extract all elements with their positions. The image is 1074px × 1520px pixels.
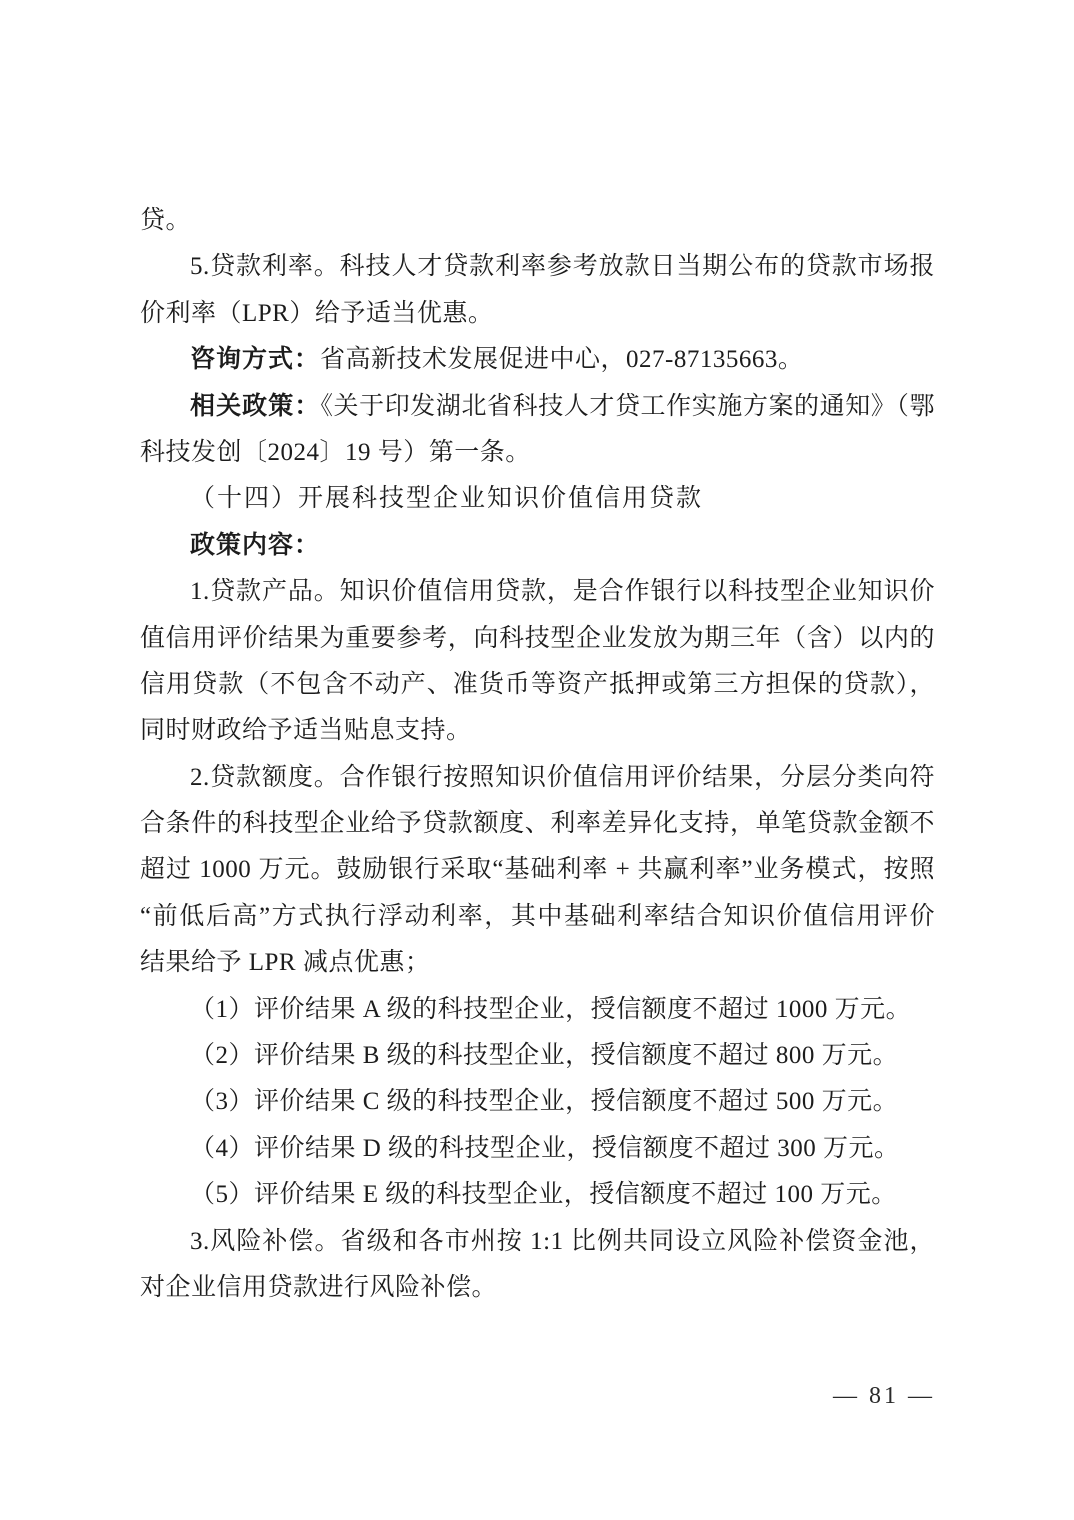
body-line-contact: 咨询方式：省高新技术发展促进中心，027-87135663。 [140,337,935,383]
line-text: 《关于印发湖北省科技人才贷工作实施方案的通知》（鄂 [320,393,935,420]
line-text: （2）评价结果 B 级的科技型企业，授信额度不超过 800 万元。 [190,1042,898,1069]
line-text: 3.风险补偿。省级和各市州按 1:1 比例共同设立风险补偿资金池， [190,1228,935,1255]
line-text: 同时财政给予适当贴息支持。 [140,717,472,744]
line-text: （3）评价结果 C 级的科技型企业，授信额度不超过 500 万元。 [190,1088,898,1115]
body-line: 对企业信用贷款进行风险补偿。 [140,1265,935,1311]
document-page: 贷。 5.贷款利率。科技人才贷款利率参考放款日当期公布的贷款市场报 价利率（LP… [0,0,1074,1520]
body-line: 科技发创〔2024〕19 号）第一条。 [140,430,935,476]
line-text: 值信用评价结果为重要参考，向科技型企业发放为期三年（含）以内的 [140,625,935,652]
related-policy-label: 相关政策： [190,393,320,420]
body-line: 3.风险补偿。省级和各市州按 1:1 比例共同设立风险补偿资金池， [140,1219,935,1265]
line-text: “前低后高”方式执行浮动利率，其中基础利率结合知识价值信用评价 [140,903,935,930]
contact-label: 咨询方式： [190,346,320,373]
line-text: 1.贷款产品。知识价值信用贷款，是合作银行以科技型企业知识价 [190,578,935,605]
line-text: 对企业信用贷款进行风险补偿。 [140,1274,497,1301]
policy-content-label: 政策内容： [190,532,320,559]
list-item-5: （5）评价结果 E 级的科技型企业，授信额度不超过 100 万元。 [140,1172,935,1218]
line-text: （5）评价结果 E 级的科技型企业，授信额度不超过 100 万元。 [190,1181,897,1208]
body-line: 5.贷款利率。科技人才贷款利率参考放款日当期公布的贷款市场报 [140,244,935,290]
body-line: 合条件的科技型企业给予贷款额度、利率差异化支持，单笔贷款金额不 [140,801,935,847]
body-line: 值信用评价结果为重要参考，向科技型企业发放为期三年（含）以内的 [140,616,935,662]
page-number: — 81 — [833,1383,935,1410]
body-line: 超过 1000 万元。鼓励银行采取“基础利率 + 共赢利率”业务模式，按照 [140,847,935,893]
document-body: 贷。 5.贷款利率。科技人才贷款利率参考放款日当期公布的贷款市场报 价利率（LP… [140,198,935,1311]
line-text: （1）评价结果 A 级的科技型企业，授信额度不超过 1000 万元。 [190,996,911,1023]
line-text: 省高新技术发展促进中心，027-87135663。 [320,346,803,373]
section-heading: （十四）开展科技型企业知识价值信用贷款 [140,476,935,522]
line-text: （4）评价结果 D 级的科技型企业，授信额度不超过 300 万元。 [190,1135,900,1162]
list-item-4: （4）评价结果 D 级的科技型企业，授信额度不超过 300 万元。 [140,1126,935,1172]
body-line: 信用贷款（不包含不动产、准货币等资产抵押或第三方担保的贷款）， [140,662,935,708]
line-text: 2.贷款额度。合作银行按照知识价值信用评价结果，分层分类向符 [190,764,935,791]
line-text: 贷。 [140,207,191,234]
line-text: 信用贷款（不包含不动产、准货币等资产抵押或第三方担保的贷款）， [140,671,935,698]
list-item-1: （1）评价结果 A 级的科技型企业，授信额度不超过 1000 万元。 [140,987,935,1033]
body-line: 结果给予 LPR 减点优惠； [140,940,935,986]
line-text: 结果给予 LPR 减点优惠； [140,949,430,976]
list-item-2: （2）评价结果 B 级的科技型企业，授信额度不超过 800 万元。 [140,1033,935,1079]
line-text: 科技发创〔2024〕19 号）第一条。 [140,439,531,466]
line-text: 5.贷款利率。科技人才贷款利率参考放款日当期公布的贷款市场报 [190,253,935,280]
body-line-policy-content: 政策内容： [140,523,935,569]
line-text: 价利率（LPR）给予适当优惠。 [140,300,493,327]
body-line: 2.贷款额度。合作银行按照知识价值信用评价结果，分层分类向符 [140,755,935,801]
list-item-3: （3）评价结果 C 级的科技型企业，授信额度不超过 500 万元。 [140,1079,935,1125]
body-line: 同时财政给予适当贴息支持。 [140,708,935,754]
section-heading-text: （十四）开展科技型企业知识价值信用贷款 [190,485,703,512]
body-line-related-policy: 相关政策：《关于印发湖北省科技人才贷工作实施方案的通知》（鄂 [140,384,935,430]
body-line: 贷。 [140,198,935,244]
body-line: “前低后高”方式执行浮动利率，其中基础利率结合知识价值信用评价 [140,894,935,940]
body-line: 1.贷款产品。知识价值信用贷款，是合作银行以科技型企业知识价 [140,569,935,615]
line-text: 合条件的科技型企业给予贷款额度、利率差异化支持，单笔贷款金额不 [140,810,935,837]
body-line: 价利率（LPR）给予适当优惠。 [140,291,935,337]
line-text: 超过 1000 万元。鼓励银行采取“基础利率 + 共赢利率”业务模式，按照 [140,856,935,883]
